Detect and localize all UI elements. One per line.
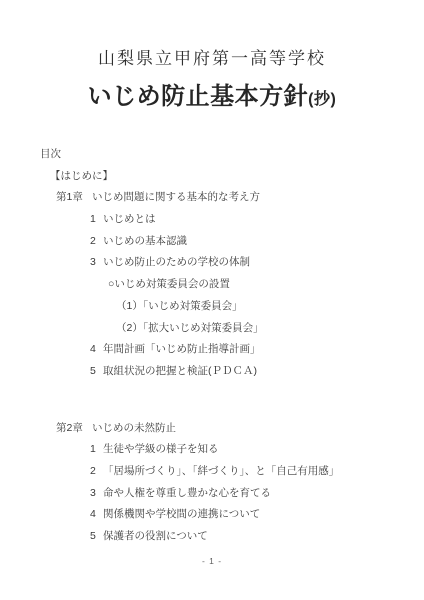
item-text: 命や人権を尊重し豊かな心を育てる: [103, 487, 271, 499]
toc-item: 2「居場所づくり」、「絆づくり」、と「自己有用感」: [0, 461, 424, 483]
item-number: 2: [90, 231, 103, 253]
toc-item: 2いじめの基本認識: [0, 231, 424, 253]
toc-item: 1いじめとは: [0, 209, 424, 231]
document-page: 山梨県立甲府第一高等学校 いじめ防止基本方針(抄) 目次 【はじめに】 第1章い…: [0, 0, 424, 600]
chapter-2-heading: 第2章いじめの未然防止: [0, 418, 424, 440]
toc-sub-item: （2）「拡大いじめ対策委員会」: [0, 318, 424, 340]
document-title-suffix: (抄): [308, 91, 336, 108]
chapter-2-title: いじめの未然防止: [92, 422, 176, 434]
item-number: 2: [90, 461, 103, 483]
toc-item: 4年間計画「いじめ防止指導計画」: [0, 339, 424, 361]
toc-item: 5保護者の役割について: [0, 526, 424, 548]
school-name: 山梨県立甲府第一高等学校: [0, 44, 424, 69]
item-number: 4: [90, 504, 103, 526]
chapter-1-heading: 第1章いじめ問題に関する基本的な考え方: [0, 187, 424, 209]
item-number: 1: [90, 439, 103, 461]
document-title-main: いじめ防止基本方針: [88, 83, 309, 110]
chapter-spacer: [0, 383, 424, 418]
table-of-contents: 目次 【はじめに】 第1章いじめ問題に関する基本的な考え方 1いじめとは 2いじ…: [0, 144, 424, 548]
item-text: いじめの基本認識: [103, 235, 187, 247]
item-number: 4: [90, 339, 103, 361]
item-text: 年間計画「いじめ防止指導計画」: [103, 343, 261, 355]
toc-sub-item: （1）「いじめ対策委員会」: [0, 296, 424, 318]
item-text: いじめ防止のための学校の体制: [103, 256, 250, 268]
item-number: 3: [90, 483, 103, 505]
item-text: 生徒や学級の様子を知る: [103, 443, 219, 455]
toc-item: 3いじめ防止のための学校の体制: [0, 252, 424, 274]
item-text: 関係機関や学校間の連携について: [103, 508, 260, 520]
toc-item: 5取組状況の把握と検証(ＰＤＣＡ): [0, 361, 424, 383]
item-number: 5: [90, 361, 103, 383]
toc-item: 1生徒や学級の様子を知る: [0, 439, 424, 461]
item-text: （1）「いじめ対策委員会」: [116, 300, 243, 312]
item-text: 「居場所づくり」、「絆づくり」、と「自己有用感」: [103, 465, 339, 477]
item-text: ○いじめ対策委員会の設置: [108, 278, 230, 290]
item-number: 1: [90, 209, 103, 231]
document-title: いじめ防止基本方針(抄): [0, 76, 424, 111]
chapter-1-title: いじめ問題に関する基本的な考え方: [92, 191, 260, 203]
toc-heading: 目次: [0, 144, 424, 166]
toc-sub-item: ○いじめ対策委員会の設置: [0, 274, 424, 296]
page-number: - 1 -: [0, 556, 424, 566]
item-text: （2）「拡大いじめ対策委員会」: [116, 322, 264, 334]
item-number: 5: [90, 526, 103, 548]
item-text: 取組状況の把握と検証(ＰＤＣＡ): [103, 365, 257, 377]
toc-item: 4関係機関や学校間の連携について: [0, 504, 424, 526]
item-text: いじめとは: [103, 213, 156, 225]
toc-item: 3命や人権を尊重し豊かな心を育てる: [0, 483, 424, 505]
item-text: 保護者の役割について: [103, 530, 208, 542]
toc-intro-item: 【はじめに】: [0, 166, 424, 188]
item-number: 3: [90, 252, 103, 274]
chapter-1-label: 第1章: [56, 187, 92, 209]
chapter-2-label: 第2章: [56, 418, 92, 440]
